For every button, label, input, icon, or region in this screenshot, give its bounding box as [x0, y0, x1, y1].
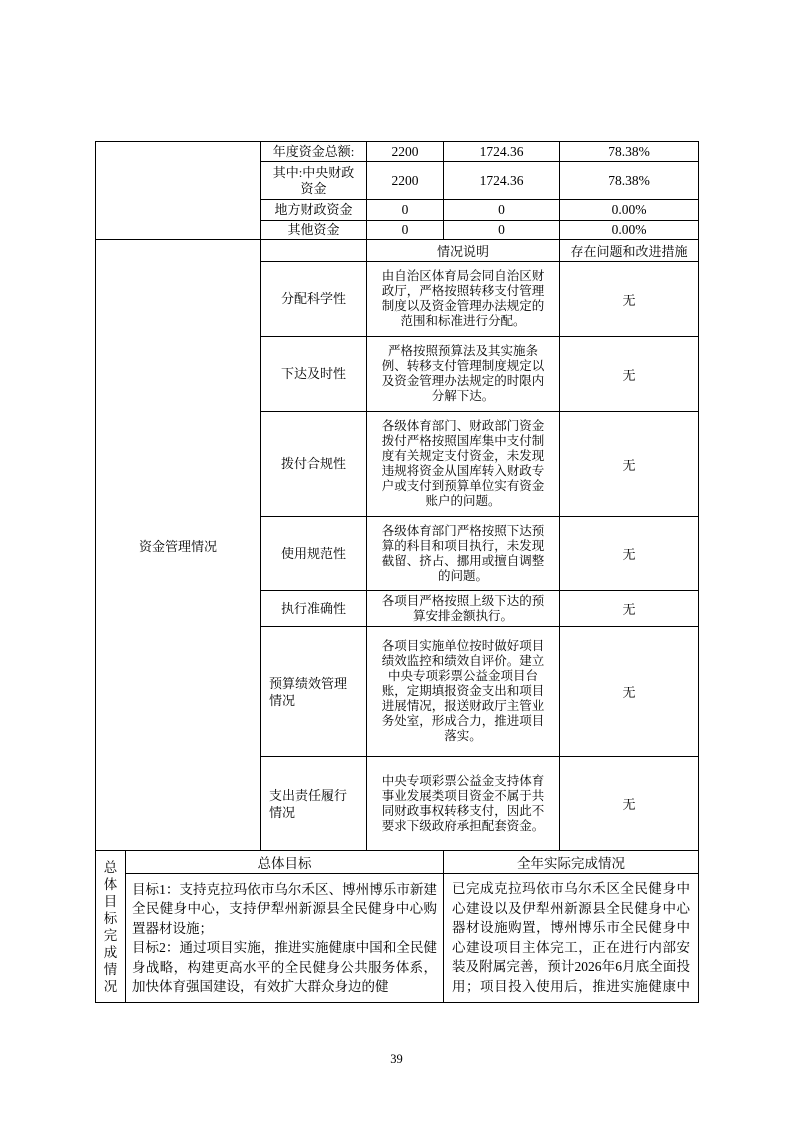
document-page: 年度资金总额: 2200 1724.36 78.38% 其中:中央财政资金 22…	[0, 0, 793, 1122]
section-label-overall-goal: 总体目标完成情况	[96, 851, 126, 1003]
management-issues: 无	[560, 627, 699, 757]
vertical-section-label: 总体目标完成情况	[104, 859, 118, 995]
management-row-label: 分配科学性	[261, 262, 367, 337]
funding-executed-amount: 1724.36	[444, 162, 560, 200]
goal-2-text: 目标2：通过项目实施，推进实施健康中国和全民健身战略，构建更高水平的全民健身公共…	[132, 938, 437, 997]
management-issues: 无	[560, 262, 699, 337]
overall-goal-table: 总体目标完成情况 总体目标 全年实际完成情况 目标1：支持克拉玛依市乌尔禾区、博…	[95, 850, 699, 1003]
management-row-label: 支出责任履行情况	[261, 757, 367, 851]
management-issues: 无	[560, 337, 699, 412]
management-description: 由自治区体育局会同自治区财政厅，严格按照转移支付管理制度以及资金管理办法规定的范…	[367, 262, 560, 337]
goal-1-text: 目标1：支持克拉玛依市乌尔禾区、博州博乐市新建全民健身中心，支持伊犁州新源县全民…	[132, 880, 437, 939]
funding-execution-rate: 0.00%	[560, 221, 699, 240]
management-row-label: 预算绩效管理情况	[261, 627, 367, 757]
management-row-label: 执行准确性	[261, 591, 367, 627]
overall-goal-header-row: 总体目标完成情况 总体目标 全年实际完成情况	[96, 851, 699, 874]
funding-row-label: 其中:中央财政资金	[261, 162, 367, 200]
funding-executed-amount: 1724.36	[444, 142, 560, 162]
management-row-label: 下达及时性	[261, 337, 367, 412]
management-issues: 无	[560, 412, 699, 517]
management-description: 各级体育部门、财政部门资金拨付严格按照国库集中支付制度有关规定支付资金，未发现违…	[367, 412, 560, 517]
management-row-label: 拨付合规性	[261, 412, 367, 517]
management-description: 中央专项彩票公益金支持体育事业发展类项目资金不属于共同财政事权转移支付，因此不要…	[367, 757, 560, 851]
funding-annual-amount: 0	[367, 221, 444, 240]
funding-execution-rate: 78.38%	[560, 142, 699, 162]
completion-text-clip: 已完成克拉玛依市乌尔禾区全民健身中心建设以及伊犁州新源县全民健身中心器材设施购置…	[452, 879, 690, 997]
funding-row-label: 地方财政资金	[261, 200, 367, 221]
fund-management-table: 年度资金总额: 2200 1724.36 78.38% 其中:中央财政资金 22…	[95, 141, 699, 851]
funding-executed-amount: 0	[444, 221, 560, 240]
management-issues: 无	[560, 591, 699, 627]
funding-row-label: 年度资金总额:	[261, 142, 367, 162]
goal-text-clip: 目标1：支持克拉玛依市乌尔禾区、博州博乐市新建全民健身中心，支持伊犁州新源县全民…	[132, 880, 437, 997]
funding-annual-amount: 0	[367, 200, 444, 221]
management-header-row: 资金管理情况 情况说明 存在问题和改进措施	[96, 240, 699, 262]
page-number: 39	[0, 1052, 793, 1067]
funding-annual-amount: 2200	[367, 162, 444, 200]
completion-text: 已完成克拉玛依市乌尔禾区全民健身中心建设以及伊犁州新源县全民健身中心器材设施购置…	[452, 879, 690, 997]
completion-text-cell: 已完成克拉玛依市乌尔禾区全民健身中心建设以及伊犁州新源县全民健身中心器材设施购置…	[444, 874, 699, 1003]
merged-empty-cell	[96, 142, 261, 240]
management-description: 各项目严格按照上级下达的预算安排金额执行。	[367, 591, 560, 627]
funding-execution-rate: 78.38%	[560, 162, 699, 200]
column-header-completion: 全年实际完成情况	[444, 851, 699, 874]
column-header-description: 情况说明	[367, 240, 560, 262]
section-label-fund-management: 资金管理情况	[96, 240, 261, 851]
column-header-issues: 存在问题和改进措施	[560, 240, 699, 262]
management-description: 各项目实施单位按时做好项目绩效监控和绩效自评价。建立中央专项彩票公益金项目台账，…	[367, 627, 560, 757]
report-tables: 年度资金总额: 2200 1724.36 78.38% 其中:中央财政资金 22…	[95, 141, 698, 1003]
funding-execution-rate: 0.00%	[560, 200, 699, 221]
funding-row: 年度资金总额: 2200 1724.36 78.38%	[96, 142, 699, 162]
empty-header-cell	[261, 240, 367, 262]
management-issues: 无	[560, 757, 699, 851]
overall-goal-content-row: 目标1：支持克拉玛依市乌尔禾区、博州博乐市新建全民健身中心，支持伊犁州新源县全民…	[96, 874, 699, 1003]
management-description: 严格按照预算法及其实施条例、转移支付管理制度规定以及资金管理办法规定的时限内分解…	[367, 337, 560, 412]
column-header-goal: 总体目标	[126, 851, 444, 874]
management-description: 各级体育部门严格按照下达预算的科目和项目执行，未发现截留、挤占、挪用或擅自调整的…	[367, 517, 560, 591]
management-issues: 无	[560, 517, 699, 591]
management-row-label: 使用规范性	[261, 517, 367, 591]
funding-executed-amount: 0	[444, 200, 560, 221]
funding-row-label: 其他资金	[261, 221, 367, 240]
goal-text-cell: 目标1：支持克拉玛依市乌尔禾区、博州博乐市新建全民健身中心，支持伊犁州新源县全民…	[126, 874, 444, 1003]
funding-annual-amount: 2200	[367, 142, 444, 162]
